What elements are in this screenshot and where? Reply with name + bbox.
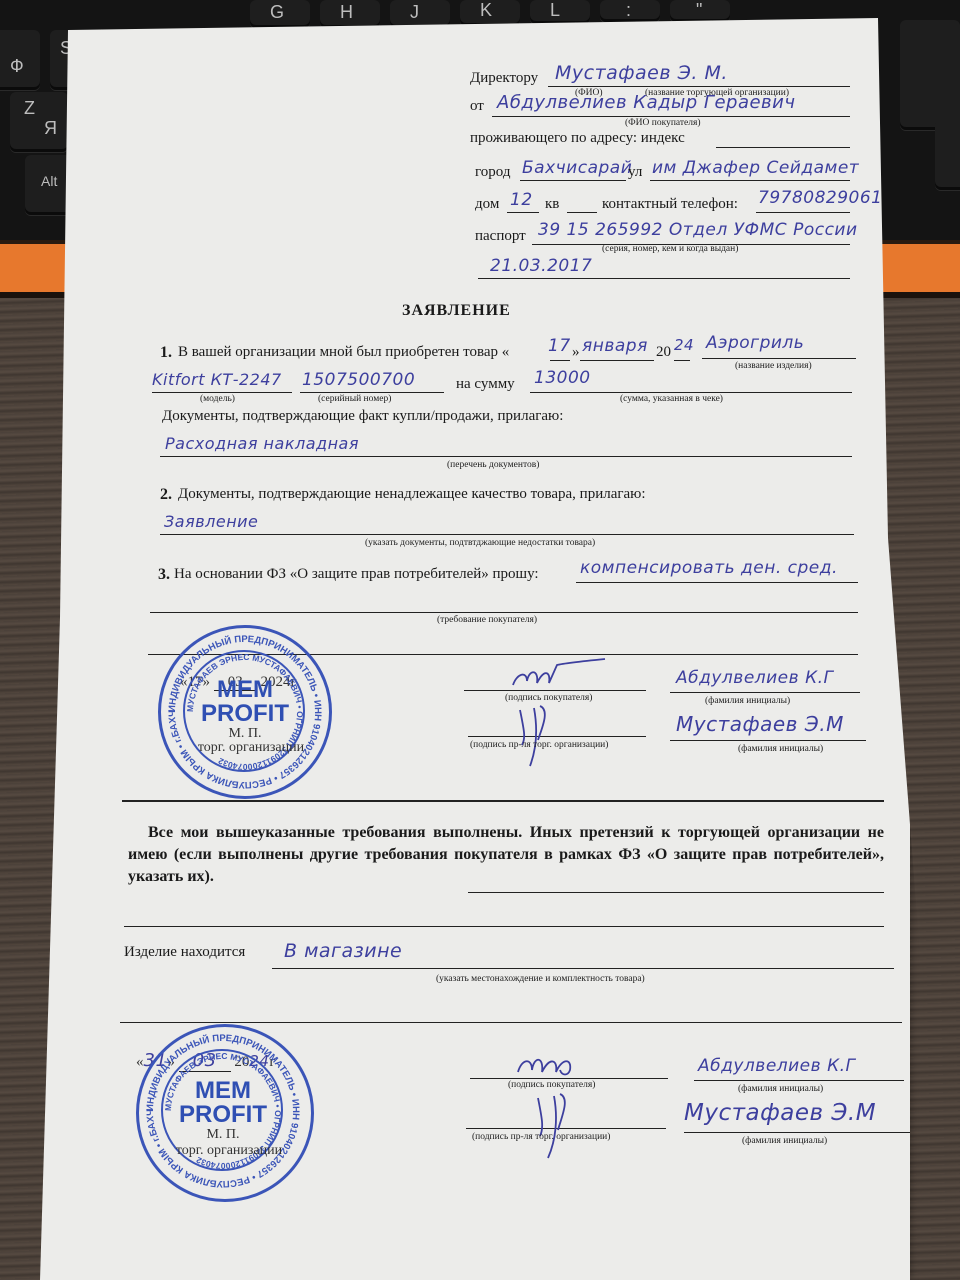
passport-date-line — [478, 278, 850, 279]
city-value: Бахчисарай — [522, 158, 632, 178]
item2-line — [160, 534, 854, 535]
item3-value: компенсировать ден. сред. — [580, 558, 838, 578]
company-stamp: ИНДИВИДУАЛЬНЫЙ ПРЕДПРИНИМАТЕЛЬ • ИНН 910… — [136, 1024, 314, 1202]
item1-year-line — [674, 360, 690, 361]
stamp-brand-line1: MEM — [161, 678, 329, 702]
item2-caption: (указать документы, подтвтджающие недост… — [365, 538, 595, 548]
item1-serial-line — [300, 392, 444, 393]
item1-sum-value: 13000 — [534, 368, 591, 388]
from-line — [492, 116, 850, 117]
passport-date-value: 21.03.2017 — [490, 256, 592, 276]
location-caption: (указать местонахождение и комплектность… — [436, 974, 645, 984]
item1-product-value: Аэрогриль — [706, 333, 804, 353]
street-line — [650, 180, 850, 181]
item3-second-line — [150, 612, 858, 613]
item1-docs-value: Расходная накладная — [165, 434, 359, 453]
item2-value: Заявление — [164, 512, 258, 531]
house-line — [507, 212, 539, 213]
item1-month-line — [580, 360, 654, 361]
item1-month-value: января — [582, 336, 648, 356]
item2-number: 2. — [160, 486, 172, 504]
closing-line-3 — [120, 1022, 902, 1023]
stamp-brand-line1: MEM — [139, 1079, 307, 1103]
director-value: Мустафаев Э. М. — [555, 62, 728, 84]
item3-text: На основании ФЗ «О защите прав потребите… — [174, 566, 539, 583]
phone-line — [756, 212, 850, 213]
document-title: ЗАЯВЛЕНИЕ — [402, 302, 511, 320]
company-stamp: ИНДИВИДУАЛЬНЫЙ ПРЕДПРИНИМАТЕЛЬ • ИНН 910… — [158, 625, 332, 799]
house-value: 12 — [510, 190, 533, 210]
sig2-org-label: торг. организации — [159, 1143, 299, 1159]
item1-year-value: 24 — [674, 336, 694, 354]
from-value: Абдулвелиев Кадыр Гераевич — [497, 92, 796, 113]
city-line — [520, 180, 626, 181]
closing-paragraph: Все мои вышеуказанные требования выполне… — [128, 822, 884, 888]
buyer-signature-2 — [510, 1046, 590, 1082]
item1-sum-label: на сумму — [456, 376, 515, 393]
sig1-org-label: торг. организации — [181, 740, 321, 756]
item1-month-sep: » — [572, 344, 580, 361]
item1-model-line — [152, 392, 292, 393]
section-divider — [122, 800, 884, 802]
sig2-mp-label: М. П. — [139, 1127, 307, 1143]
phone-label: контактный телефон: — [602, 196, 738, 213]
sig2-seller-name-line — [684, 1132, 910, 1133]
item1-day-value: 17 — [548, 336, 571, 356]
stamp-brand-line2: PROFIT — [161, 702, 329, 726]
apt-line — [567, 212, 597, 213]
from-caption: (ФИО покупателя) — [625, 118, 701, 128]
street-label: ул — [628, 164, 642, 181]
from-label: от — [470, 98, 484, 115]
item1-model-caption: (модель) — [200, 394, 235, 404]
seller-signature-1 — [510, 700, 570, 770]
item1-sum-line — [530, 392, 852, 393]
sig2-seller-name-value: Мустафаев Э.М — [684, 1100, 876, 1126]
item1-day-line — [550, 360, 570, 361]
sig1-buyer-name-caption: (фамилия инициалы) — [705, 696, 790, 706]
item1-year-prefix: 20 — [656, 344, 671, 361]
item3-value-line — [576, 582, 858, 583]
location-line — [272, 968, 894, 969]
item1-serial-caption: (серийный номер) — [318, 394, 391, 404]
item1-docs-line — [160, 456, 852, 457]
sig2-seller-sign-caption: (подпись пр-ля торг. организации) — [472, 1132, 610, 1142]
city-label: город — [475, 164, 510, 181]
item1-docs-label: Документы, подтверждающие факт купли/про… — [162, 408, 563, 425]
sig2-buyer-name-value: Абдулвелиев К.Г — [698, 1056, 856, 1076]
sig2-buyer-name-line — [694, 1080, 904, 1081]
claim-form-document: Директору Мустафаев Э. М. (ФИО) (названи… — [0, 0, 960, 1280]
sig1-seller-sign-caption: (подпись пр-ля торг. организации) — [470, 740, 608, 750]
sig1-buyer-name-line — [670, 692, 860, 693]
item1-number: 1. — [160, 344, 172, 362]
director-label: Директору — [470, 70, 538, 87]
sig1-buyer-name-value: Абдулвелиев К.Г — [676, 668, 834, 688]
location-value: В магазине — [284, 940, 402, 962]
sig1-seller-name-caption: (фамилия инициалы) — [738, 744, 823, 754]
item1-sum-caption: (сумма, указанная в чеке) — [620, 394, 723, 404]
house-label: дом — [475, 196, 499, 213]
phone-value: 79780829061 — [758, 188, 882, 208]
item3-caption: (требование покупателя) — [437, 615, 537, 625]
item1-product-caption: (название изделия) — [735, 361, 812, 371]
passport-value: 39 15 265992 Отдел УФМС России — [538, 220, 858, 240]
closing-line-2 — [124, 926, 884, 927]
buyer-signature-1 — [505, 655, 615, 695]
street-value: им Джафер Сейдамет — [652, 158, 859, 178]
sig2-buyer-name-caption: (фамилия инициалы) — [738, 1084, 823, 1094]
item2-text: Документы, подтверждающие ненадлежащее к… — [178, 486, 646, 503]
apt-label: кв — [545, 196, 559, 213]
sig2-seller-name-caption: (фамилия инициалы) — [742, 1136, 827, 1146]
item1-model-value: Kitfort КТ-2247 — [152, 370, 282, 389]
item1-product-line — [702, 358, 856, 359]
address-index-line — [716, 147, 850, 148]
seller-signature-2 — [528, 1088, 588, 1162]
passport-label: паспорт — [475, 228, 526, 245]
closing-line-1 — [468, 892, 884, 893]
location-label: Изделие находится — [124, 944, 245, 961]
passport-caption: (серия, номер, кем и когда выдан) — [602, 244, 738, 254]
item1-docs-caption: (перечень документов) — [447, 460, 539, 470]
item3-number: 3. — [158, 566, 170, 584]
item1-text: В вашей организации мной был приобретен … — [178, 344, 509, 361]
stamp-brand-line2: PROFIT — [139, 1103, 307, 1127]
sig1-seller-name-line — [670, 740, 866, 741]
item1-serial-value: 1507500700 — [302, 370, 415, 390]
address-label: проживающего по адресу: индекс — [470, 130, 685, 147]
sig1-seller-name-value: Мустафаев Э.М — [676, 712, 844, 736]
director-line — [548, 86, 850, 87]
